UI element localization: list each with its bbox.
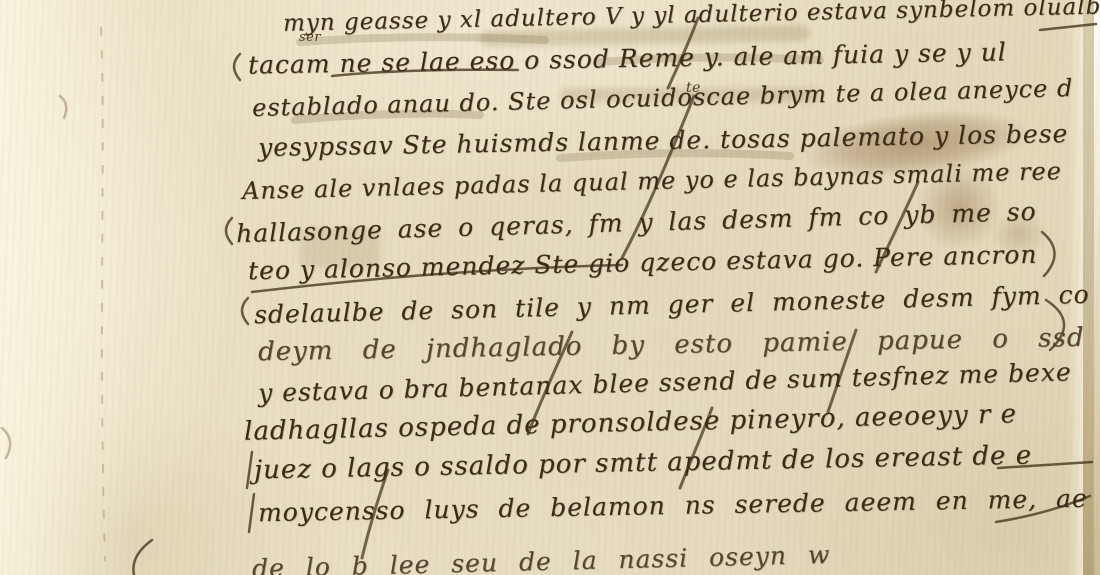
manuscript-line: ladhagllas ospeda de pronsoldese pineyro… — [244, 401, 1017, 445]
manuscript-line: teo y alonso mendez Ste gio qzeco estava… — [248, 242, 1038, 284]
edge-marks — [2, 96, 66, 458]
superscript-abbreviation: ser — [299, 30, 321, 45]
manuscript-line: tacam ne se lae eso o ssod Reme y. ale a… — [248, 39, 1007, 77]
manuscript-line: sdelaulbe de son tile y nm ger el monest… — [254, 282, 1090, 327]
margin-crease — [101, 28, 105, 560]
manuscript-line: deym de jndhaglado by esto pamie papue o… — [258, 325, 1085, 365]
superscript-abbreviation: te — [686, 80, 701, 96]
left-page-edge — [0, 0, 130, 575]
manuscript-line: y estava o bra bentanax blee ssend de su… — [258, 359, 1072, 405]
manuscript-line: hallasonge ase o qeras, fm y las desm fm… — [236, 199, 1037, 246]
manuscript-page: myn geasse y xl adultero V y yl adulteri… — [0, 0, 1100, 575]
manuscript-line: Anse ale vnlaes padas la qual me yo e la… — [242, 159, 1062, 203]
manuscript-line: juez o lags o ssaldo por smtt apedmt de … — [254, 443, 1032, 484]
manuscript-line: de lo b lee seu de la nassi oseyn w — [252, 542, 831, 575]
manuscript-line: moycensso luys de belamon ns serede aeem… — [258, 486, 1088, 525]
manuscript-line: establado anau do. Ste osl ocuidoscae br… — [252, 76, 1074, 120]
manuscript-line: myn geasse y xl adultero V y yl adulteri… — [283, 0, 1100, 36]
manuscript-line: yesypssav Ste huismds lanme de. tosas pa… — [258, 121, 1069, 160]
scan-background-sliver — [1094, 0, 1100, 575]
